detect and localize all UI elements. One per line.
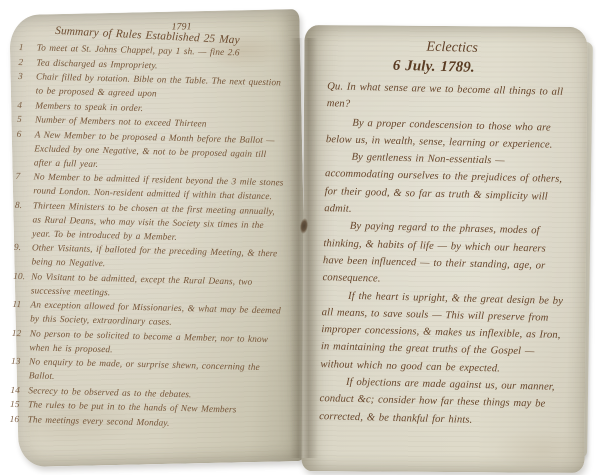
answer-paragraphs: By a proper condescension to those who a…: [319, 114, 569, 431]
inserted-year: 1791: [171, 20, 191, 34]
entry-date: 6 July. 1789.: [328, 54, 540, 80]
rule-text: No enquiry to be made, or surprise shewn…: [29, 357, 260, 382]
rule-number: 5: [17, 113, 22, 127]
rule-number: 10.: [13, 269, 25, 283]
rule-text: Tea discharged as Impropriety.: [36, 58, 157, 71]
rule-number: 6: [16, 127, 21, 141]
rule-number: 3: [18, 70, 23, 84]
rule-text: No Member to be admitted if resident bey…: [33, 172, 283, 202]
rule-number: 7: [15, 170, 20, 184]
answer-paragraph: If objections are made against us, our m…: [319, 373, 562, 431]
rule-number: 1: [19, 41, 24, 55]
rule-text: No person to be solicited to become a Me…: [29, 329, 268, 355]
rule-text: An exception allowed for Missionaries, &…: [30, 300, 281, 327]
rule-text: Number of Members not to exceed Thirteen: [35, 115, 207, 129]
answer-paragraph: By a proper condescension to those who a…: [326, 114, 569, 154]
rule-text: The meetings every second Monday.: [28, 415, 170, 428]
rule-number: 2: [18, 55, 23, 69]
rule-item: 8. Thirteen Ministers to be chosen at th…: [12, 198, 285, 247]
answer-paragraph: By paying regard to the phrases, modes o…: [322, 218, 566, 293]
left-page: 1791 Summary of Rules Established 25 May…: [9, 9, 308, 467]
rule-number: 16: [10, 412, 20, 426]
rule-number: 14: [10, 383, 20, 397]
rule-number: 15: [10, 398, 20, 412]
rule-text: No Visitant to be admitted, except the R…: [31, 272, 253, 298]
manuscript-photo: 1791 Summary of Rules Established 25 May…: [0, 0, 600, 475]
right-page-text: Eclectics 6 July. 1789. Qu. In what sens…: [319, 35, 570, 431]
answer-paragraph: By gentleness in Non-essentials — accomm…: [324, 148, 568, 223]
rule-text: Thirteen Ministers to be chosen at the f…: [32, 201, 275, 243]
rule-number: 12: [12, 326, 22, 340]
rules-list: 1 To meet at St. Johns Chappel, pay 1 sh…: [8, 41, 289, 433]
rule-text: A New Member to be proposed a Month befo…: [34, 130, 275, 170]
rule-number: 4: [17, 98, 22, 112]
answer-paragraph: If the heart is upright, & the great des…: [320, 287, 564, 379]
rule-number: 9.: [14, 241, 22, 255]
rule-number: 8.: [15, 198, 23, 212]
discussion-question: Qu. In what sense are we to become all t…: [327, 78, 570, 118]
right-page: Eclectics 6 July. 1789. Qu. In what sens…: [301, 25, 587, 473]
rule-text: Other Visitants, if balloted for the pre…: [31, 243, 277, 269]
rule-text: Members to speak in order.: [35, 101, 143, 114]
rule-text: Secrecy to be observed as to the debates…: [28, 386, 191, 400]
left-page-text: 1791 Summary of Rules Established 25 May…: [8, 21, 290, 434]
rule-text: Chair filled by rotation. Bible on the T…: [36, 72, 281, 99]
rule-number: 13: [11, 355, 21, 369]
rule-item: 6 A New Member to be proposed a Month be…: [14, 127, 287, 176]
rule-number: 11: [12, 298, 21, 312]
